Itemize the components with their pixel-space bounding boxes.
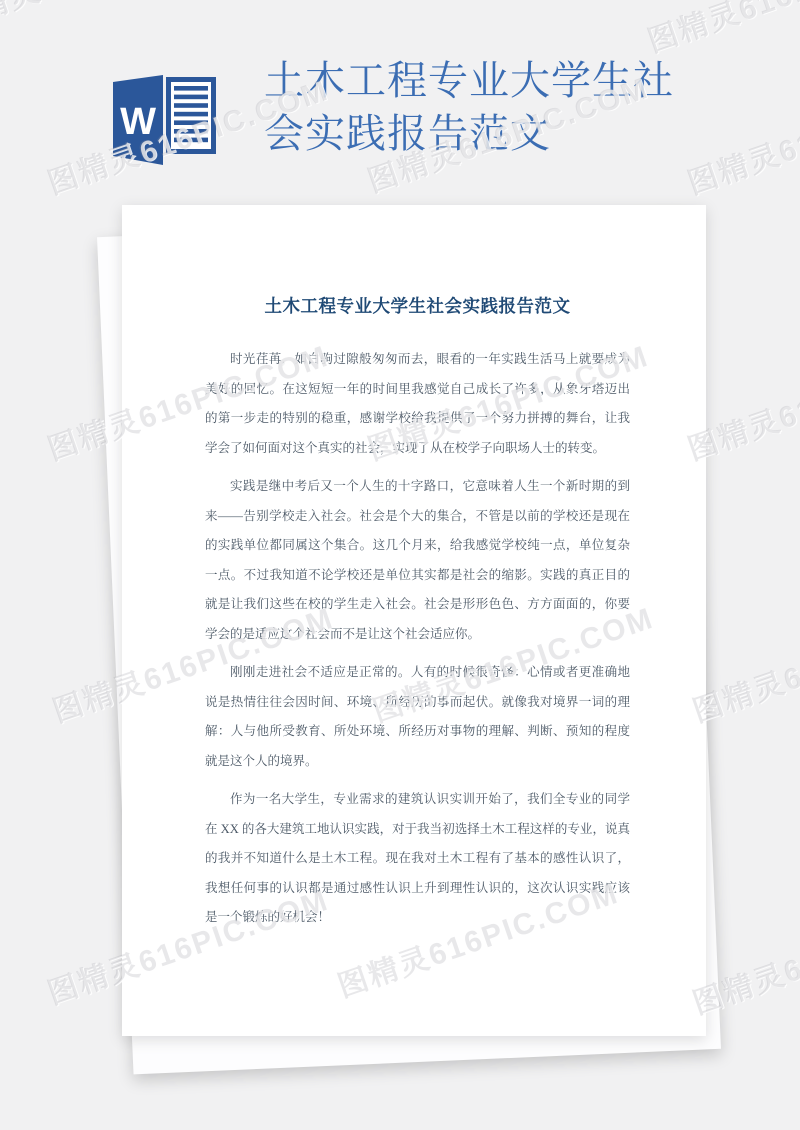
text-line: 的第一步走的特别的稳重，感谢学校给我提供了一个努力拼搏的舞台，让我 xyxy=(205,404,630,434)
text-line: 刚刚走进社会不适应是正常的。人有的时候很奇怪：心情或者更准确地 xyxy=(205,658,630,688)
word-icon: W xyxy=(110,72,220,168)
text-line: 是一个锻炼的好机会！ xyxy=(205,903,630,933)
paragraph: 实践是继中考后又一个人生的十字路口，它意味着人生一个新时期的到来——告别学校走入… xyxy=(205,472,630,649)
text-line: 学会了如何面对这个真实的社会，实现了从在校学子向职场人士的转变。 xyxy=(205,434,630,464)
text-line: 的实践单位都同属这个集合。这几个月来，给我感觉学校纯一点，单位复杂 xyxy=(205,531,630,561)
text-line: 时光荏苒，如白驹过隙般匆匆而去，眼看的一年实践生活马上就要成为 xyxy=(205,345,630,375)
text-line: 解：人与他所受教育、所处环境、所经历对事物的理解、判断、预知的程度 xyxy=(205,717,630,747)
paragraph: 作为一名大学生，专业需求的建筑认识实训开始了，我们全专业的同学在 XX 的各大建… xyxy=(205,785,630,933)
text-line: 来——告别学校走入社会。社会是个大的集合，不管是以前的学校还是现在 xyxy=(205,502,630,532)
paragraph: 时光荏苒，如白驹过隙般匆匆而去，眼看的一年实践生活马上就要成为美好的回忆。在这短… xyxy=(205,345,630,463)
page-title: 土木工程专业大学生社会实践报告范文 xyxy=(264,55,704,161)
word-icon-letter: W xyxy=(120,101,156,143)
text-line: 在 XX 的各大建筑工地认识实践，对于我当初选择土木工程这样的专业，说真 xyxy=(205,815,630,845)
text-line: 我想任何事的认识都是通过感性认识上升到理性认识的，这次认识实践应该 xyxy=(205,874,630,904)
text-line: 的我并不知道什么是土木工程。现在我对土木工程有了基本的感性认识了， xyxy=(205,844,630,874)
document-page: 土木工程专业大学生社会实践报告范文 时光荏苒，如白驹过隙般匆匆而去，眼看的一年实… xyxy=(122,205,706,1036)
text-line: 作为一名大学生，专业需求的建筑认识实训开始了，我们全专业的同学 xyxy=(205,785,630,815)
text-line: 就是让我们这些在校的学生走入社会。社会是形形色色、方方面面的，你要 xyxy=(205,590,630,620)
text-line: 学会的是适应这个社会而不是让这个社会适应你。 xyxy=(205,620,630,650)
page-header: W 土木工程专业大学生社会实践报告范文 xyxy=(0,0,800,200)
text-line: 说是热情往往会因时间、环境、所经历的事而起伏。就像我对境界一词的理 xyxy=(205,688,630,718)
page-background: 土木工程专业大学生社会实践报告范文 时光荏苒，如白驹过隙般匆匆而去，眼看的一年实… xyxy=(0,0,800,1130)
text-line: 就是这个人的境界。 xyxy=(205,747,630,777)
text-line: 实践是继中考后又一个人生的十字路口，它意味着人生一个新时期的到 xyxy=(205,472,630,502)
document-title: 土木工程专业大学生社会实践报告范文 xyxy=(205,293,630,318)
text-line: 一点。不过我知道不论学校还是单位其实都是社会的缩影。实践的真正目的 xyxy=(205,561,630,591)
document-body: 时光荏苒，如白驹过隙般匆匆而去，眼看的一年实践生活马上就要成为美好的回忆。在这短… xyxy=(205,345,630,933)
paragraph: 刚刚走进社会不适应是正常的。人有的时候很奇怪：心情或者更准确地说是热情往往会因时… xyxy=(205,658,630,776)
text-line: 美好的回忆。在这短短一年的时间里我感觉自己成长了许多，从象牙塔迈出 xyxy=(205,375,630,405)
